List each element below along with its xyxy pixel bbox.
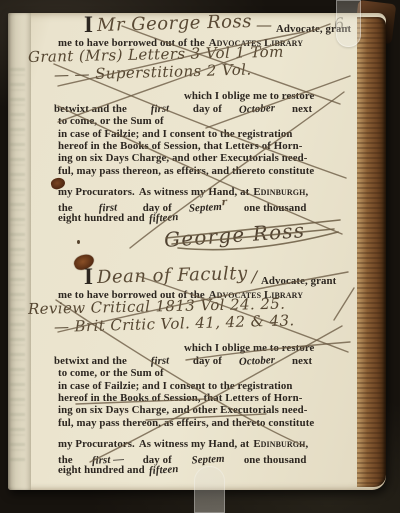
- printed-one-thousand: one thousand: [244, 202, 307, 214]
- witness-year: fifteen: [148, 211, 178, 225]
- printed-failzie-line: in case of Failzie; and I consent to the…: [58, 128, 358, 140]
- printed-next: next: [292, 355, 312, 367]
- printed-betwixt: betwixt and the: [54, 355, 127, 367]
- printed-procurators: my Procurators.: [58, 438, 135, 450]
- printed-next: next: [292, 103, 312, 115]
- witness-year: fifteen: [148, 463, 178, 477]
- return-day: first: [131, 354, 189, 367]
- borrow-entry: I Mr George Ross — Advocate, grant me to…: [28, 16, 358, 247]
- name-flourish: —: [256, 19, 272, 31]
- printed-sum-line: to come, or the Sum of: [58, 115, 358, 127]
- return-month: October: [226, 102, 288, 115]
- printed-advocate-grant: Advocate, grant: [261, 275, 336, 287]
- printed-edinburgh: Edinburgh,: [253, 438, 308, 450]
- printed-betwixt: betwixt and the: [54, 103, 127, 115]
- printed-day-of: day of: [193, 355, 222, 367]
- printed-failzie-line: in case of Failzie; and I consent to the…: [58, 380, 358, 392]
- printed-hereof-line: hereof in the Books of Session, that Let…: [58, 392, 358, 404]
- borrower-name: Dean of Faculty: [97, 268, 248, 284]
- witness-month-text: Septem: [188, 201, 222, 215]
- printed-procurators-line: my Procurators. As witness my Hand, at E…: [58, 186, 358, 199]
- printed-charge-line: ing on six Days Charge, and other Execut…: [58, 152, 358, 164]
- printed-advocate-grant: Advocate, grant: [276, 23, 351, 35]
- printed-restore-line: which I oblige me to restore: [184, 90, 358, 102]
- printed-one-thousand: one thousand: [244, 454, 307, 466]
- printed-hereof-line: hereof in the Books of Session, that Let…: [58, 140, 358, 152]
- printed-initial: I: [84, 268, 93, 285]
- printed-charge-line: ing on six Days Charge, and other Execut…: [58, 404, 358, 416]
- printed-initial: I: [84, 16, 93, 33]
- printed-constitute-line: ful, may pass thereon, as effeirs, and t…: [58, 165, 358, 177]
- printed-betwixt-line: betwixt and the first day of October nex…: [28, 103, 358, 115]
- borrower-name: Mr George Ross: [97, 16, 252, 32]
- printed-procurators-line: my Procurators. As witness my Hand, at E…: [58, 438, 358, 451]
- name-flourish: /: [252, 271, 257, 283]
- borrow-entry: I Dean of Faculty / Advocate, grant me t…: [28, 268, 358, 477]
- printed-day-of: day of: [193, 103, 222, 115]
- entry-head-line: I Dean of Faculty / Advocate, grant: [28, 268, 358, 289]
- witness-month-suffix: r: [221, 197, 227, 208]
- printed-constitute-line: ful, may pass thereon, as effeirs, and t…: [58, 417, 358, 429]
- return-month: October: [226, 354, 288, 367]
- printed-edinburgh: Edinburgh,: [253, 186, 308, 198]
- printed-restore-line: which I oblige me to restore: [184, 342, 358, 354]
- printed-sum-line: to come, or the Sum of: [58, 367, 358, 379]
- entry-head-line: I Mr George Ross — Advocate, grant: [28, 16, 358, 37]
- bleed-through-text: [10, 61, 25, 461]
- book-photo: 6. I Mr George Ross — Advocate, grant me…: [0, 0, 400, 513]
- printed-date-line: the first — day of Septem one thousand: [58, 451, 358, 464]
- printed-date-line: the first day of Septemr one thousand: [58, 199, 358, 212]
- printed-procurators: my Procurators.: [58, 186, 135, 198]
- printed-betwixt-line: betwixt and the first day of October nex…: [28, 355, 358, 367]
- return-day: first: [131, 102, 189, 115]
- witness-month-text: Septem: [191, 453, 225, 467]
- book-fore-edge: [357, 17, 386, 487]
